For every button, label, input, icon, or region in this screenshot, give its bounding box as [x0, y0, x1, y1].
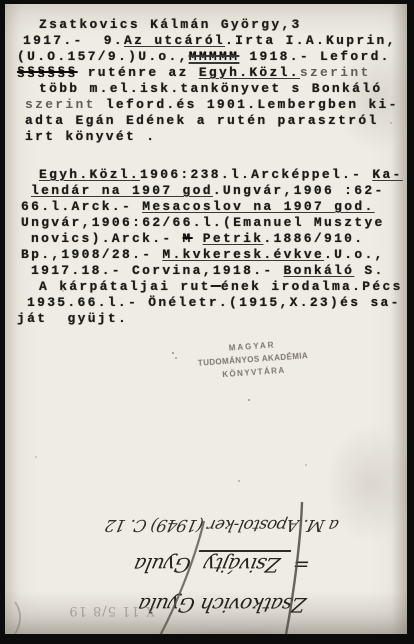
typed-line: A kárpátaljai rut ének irodalma.Pécs: [17, 279, 407, 295]
typed-line: szerint leford.és 1901.Lembergben ki-: [17, 97, 407, 113]
typed-text: Egyh.Közl.: [39, 167, 140, 182]
typed-text: Ka-: [372, 167, 402, 182]
typed-line: adta Egán Edének a rutén parasztról: [17, 113, 407, 129]
handwriting-line: a M. Apostol-ker (1949) C. 12: [87, 505, 358, 545]
typed-line: Bp.,1908/28.- M.kvkeresk.évkve.U.o.,: [17, 247, 407, 263]
typed-text: szerint: [300, 65, 371, 80]
typed-text: több m.el.isk.tankönyvet s Bonkáló: [39, 81, 382, 96]
typed-text: M.kvkeresk.évkve: [162, 247, 324, 262]
handwriting-line: = Zsivájty Gyula: [87, 545, 358, 585]
card-surface: Zsatkovics Kálmán György,31917.- 9.Az ut…: [5, 4, 407, 634]
typed-text: .Irta I.A.Kuprin,: [225, 33, 397, 48]
typed-text: Mesacoslov na 1907 god.: [142, 199, 374, 214]
typed-line: lendár na 1907 god.Ungvár,1906 :62-: [17, 183, 407, 199]
typed-line: több m.el.isk.tankönyvet s Bonkáló: [17, 81, 407, 97]
typed-text: .1886/910.: [263, 231, 364, 246]
typed-text: Bonkáló: [284, 263, 355, 278]
typed-text: ének irodalma.Pécs: [221, 279, 403, 294]
typed-line: novics).Arck.- M Petrik.1886/910.: [17, 231, 407, 247]
handwriting-text-underlined: Zsivájty: [194, 550, 291, 577]
typed-line: §§§§§§ ruténre az Egyh.Közl.szerint: [17, 65, 407, 81]
typed-line: 1917.18.- Corvina,1918.- Bonkáló S.: [17, 263, 407, 279]
typed-line: ját gyüjt.: [17, 311, 407, 327]
typed-text: .U.o.,: [324, 247, 385, 262]
typed-line: (U.O.157/9.)U.o.,MMMMM 1918.- Leford.: [17, 49, 407, 65]
library-ownership-stamp: MAGYAR TUDOMÁNYOS AKADÉMIA KÖNYVTÁRA: [186, 335, 320, 383]
typed-text: lendár na 1907 god: [31, 183, 213, 198]
typed-text: M: [183, 231, 193, 246]
typed-text: adta Egán Edének a rutén parasztról: [25, 113, 379, 128]
typed-text: novics).Arck.-: [31, 231, 183, 246]
typed-line: 66.l.Arck.- Mesacoslov na 1907 god.: [17, 199, 407, 215]
pencil-shelf-mark-upside-down: X 11 5/8 19: [81, 603, 155, 618]
typed-text: Ungvár,1906:62/66.l.(Emanuel Musztye: [21, 215, 385, 230]
typed-text: [211, 279, 221, 294]
scan-shadow: [155, 629, 315, 634]
typed-text: ját gyüjt.: [17, 311, 128, 326]
scanned-catalog-card: Zsatkovics Kálmán György,31917.- 9.Az ut…: [0, 0, 414, 644]
paper-specks: [5, 4, 7, 6]
typed-text: Bp.,1908/28.-: [21, 247, 162, 262]
typed-text: 66.l.Arck.-: [21, 199, 142, 214]
typed-paragraph-references: Egyh.Közl.1906:238.l.Arcképpel.- Ka-lend…: [17, 167, 407, 327]
typed-text: Zsatkovics Kálmán György,3: [39, 17, 302, 32]
typed-text: (U.O.157/9.)U.o.,: [17, 49, 189, 64]
typed-text: §§§§§§: [17, 65, 78, 80]
typed-text: Egyh.Közl.: [199, 65, 300, 80]
typed-line: 1917.- 9.Az utcáról.Irta I.A.Kuprin,: [17, 33, 407, 49]
typed-text: leford.és 1901.Lembergben ki-: [96, 97, 399, 112]
typed-text: 1935.66.l.- Önéletr.(1915,X.23)és sa-: [27, 295, 401, 310]
typed-line: Zsatkovics Kálmán György,3: [17, 17, 407, 33]
typed-text: MMMMM: [189, 49, 240, 64]
typed-text: S.: [354, 263, 384, 278]
typed-text: 1906:238.l.Arcképpel.-: [140, 167, 372, 182]
typed-paragraph-bibliographic-entry: Zsatkovics Kálmán György,31917.- 9.Az ut…: [17, 17, 407, 145]
typed-text: ruténre az: [78, 65, 199, 80]
typed-text: [193, 231, 203, 246]
typed-text: .Ungvár,1906 :62-: [213, 183, 385, 198]
typed-text: 1918.- Leford.: [239, 49, 391, 64]
typed-line: Ungvár,1906:62/66.l.(Emanuel Musztye: [17, 215, 407, 231]
typed-text: irt könyvét .: [25, 129, 156, 144]
typed-text: 1917.18.- Corvina,1918.-: [31, 263, 284, 278]
typed-line: irt könyvét .: [17, 129, 407, 145]
typed-text: Petrik: [203, 231, 264, 246]
typed-line: 1935.66.l.- Önéletr.(1915,X.23)és sa-: [17, 295, 407, 311]
typed-text: szerint: [25, 97, 96, 112]
handwriting-text: Gyula: [132, 553, 199, 577]
typed-line: Egyh.Közl.1906:238.l.Arcképpel.- Ka-: [17, 167, 407, 183]
typed-text: A kárpátaljai rut: [39, 279, 211, 294]
typed-text: 1917.- 9.: [23, 33, 124, 48]
pencil-stroke-corner: [7, 602, 20, 634]
typed-text: Az utcáról: [124, 33, 225, 48]
